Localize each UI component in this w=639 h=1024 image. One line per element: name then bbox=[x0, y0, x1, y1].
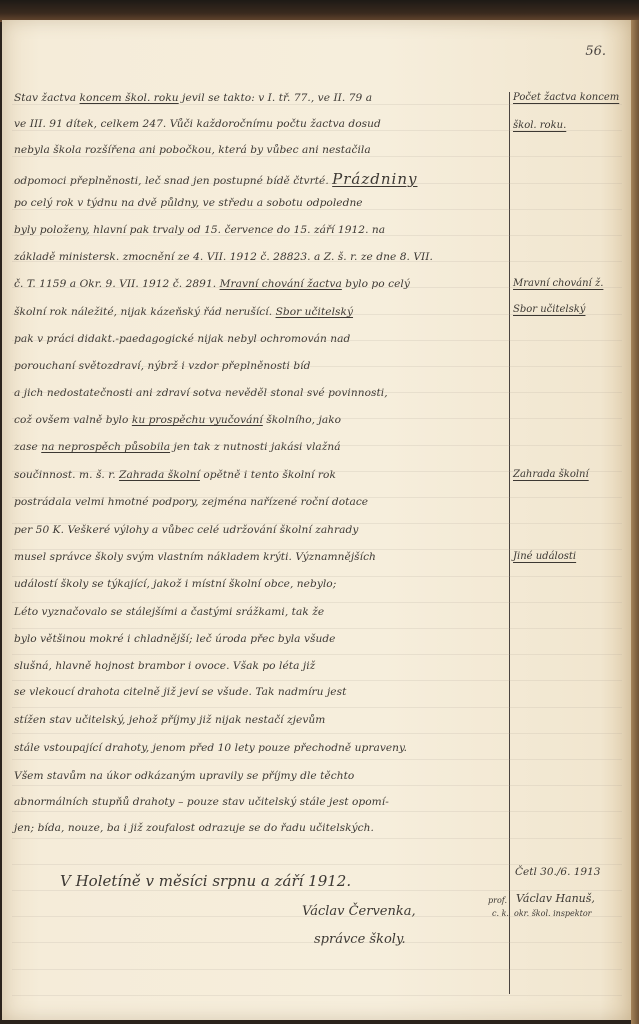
ruled-line bbox=[12, 890, 622, 891]
body-line: nebyla škola rozšířena ani pobočkou, kte… bbox=[14, 144, 371, 156]
ruled-line bbox=[12, 785, 622, 786]
body-text-segment: jen tak z nutnosti jakási vlažná bbox=[170, 441, 341, 453]
body-line: školní rok náležité, nijak kázeňský řád … bbox=[14, 306, 353, 318]
body-line: Stav žactva koncem škol. roku jevil se t… bbox=[14, 92, 372, 104]
ruled-line bbox=[12, 130, 622, 131]
body-text-segment: ve III. 91 dítek, celkem 247. Vůči každo… bbox=[14, 118, 381, 130]
ruled-line bbox=[12, 445, 622, 446]
body-text-segment: abnormálních stupňů drahoty – pouze stav… bbox=[14, 796, 389, 808]
inspection-read-note: Četl 30./6. 1913 bbox=[515, 866, 600, 878]
body-line: stále vstoupající drahoty, jenom před 10… bbox=[14, 742, 407, 754]
ruled-line bbox=[12, 340, 622, 341]
closing-place-date: V Holetíně v měsíci srpnu a září 1912. bbox=[60, 872, 351, 890]
body-text-segment: Léto vyznačovalo se stálejšími a častými… bbox=[14, 606, 324, 618]
body-line: slušná, hlavně hojnost brambor i ovoce. … bbox=[14, 660, 315, 672]
ruled-line bbox=[12, 995, 622, 996]
body-text-segment: nebyla škola rozšířena ani pobočkou, kte… bbox=[14, 144, 371, 156]
ruled-line bbox=[12, 916, 622, 917]
ruled-line bbox=[12, 576, 622, 577]
body-text-segment: Všem stavům na úkor odkázaným upravily s… bbox=[14, 770, 354, 782]
ruled-line bbox=[12, 864, 622, 865]
signature-title: správce školy. bbox=[314, 932, 406, 947]
body-text-segment: Stav žactva bbox=[14, 92, 80, 104]
body-line: stížen stav učitelský, jehož příjmy již … bbox=[14, 714, 325, 726]
body-text-segment: odpomoci přeplněnosti, leč snad jen post… bbox=[14, 175, 332, 187]
ruled-line bbox=[12, 314, 622, 315]
body-text-segment: jevil se takto: v I. tř. 77., ve II. 79 … bbox=[179, 92, 372, 104]
ruled-line bbox=[12, 183, 622, 184]
body-line: musel správce školy svým vlastním náklad… bbox=[14, 551, 376, 563]
body-text-segment: se vlekoucí drahota citelně již jeví se … bbox=[14, 686, 346, 698]
body-text-segment: bylo většinou mokré i chladnější; leč úr… bbox=[14, 633, 336, 645]
body-line: odpomoci přeplněnosti, leč snad jen post… bbox=[14, 170, 417, 188]
ruled-line bbox=[12, 811, 622, 812]
ruled-line bbox=[12, 366, 622, 367]
body-line: Všem stavům na úkor odkázaným upravily s… bbox=[14, 770, 354, 782]
inspector-name: Václav Hanuš, bbox=[516, 892, 595, 905]
body-text-segment: musel správce školy svým vlastním náklad… bbox=[14, 551, 376, 563]
ruled-line bbox=[12, 261, 622, 262]
body-line: per 50 K. Veškeré výlohy a vůbec celé ud… bbox=[14, 524, 358, 536]
ruled-line bbox=[12, 628, 622, 629]
underlined-heading: na neprospěch působila bbox=[41, 441, 170, 453]
body-line: což ovšem valně bylo ku prospěchu vyučov… bbox=[14, 414, 341, 426]
body-text-segment: stížen stav učitelský, jehož příjmy již … bbox=[14, 714, 325, 726]
ruled-line bbox=[12, 235, 622, 236]
ruled-line bbox=[12, 759, 622, 760]
body-text-segment: školní rok náležité, nijak kázeňský řád … bbox=[14, 306, 276, 318]
body-line: zase na neprospěch působila jen tak z nu… bbox=[14, 441, 341, 453]
ruled-line bbox=[12, 497, 622, 498]
body-text-segment: zase bbox=[14, 441, 41, 453]
body-line: bylo většinou mokré i chladnější; leč úr… bbox=[14, 633, 336, 645]
ruled-line bbox=[12, 209, 622, 210]
body-line: po celý rok v týdnu na dvě půldny, ve st… bbox=[14, 197, 363, 209]
ruled-line bbox=[12, 523, 622, 524]
ruled-line bbox=[12, 287, 622, 288]
ruled-line bbox=[12, 942, 622, 943]
underlined-heading: Sbor učitelský bbox=[276, 306, 353, 318]
ruled-line bbox=[12, 471, 622, 472]
ruled-line bbox=[12, 602, 622, 603]
page-stack-edge bbox=[631, 20, 639, 1024]
ruled-line bbox=[12, 969, 622, 970]
ruled-line bbox=[12, 392, 622, 393]
margin-note: Počet žactva koncem bbox=[513, 92, 619, 103]
inspector-prefix: prof. bbox=[488, 896, 507, 905]
body-line: ve III. 91 dítek, celkem 247. Vůči každo… bbox=[14, 118, 381, 130]
ruled-line bbox=[12, 838, 622, 839]
page-number: 56. bbox=[585, 44, 606, 59]
underlined-heading: Prázdniny bbox=[332, 170, 417, 188]
body-line: událostí školy se týkající, jakož i míst… bbox=[14, 578, 336, 590]
body-text-segment: stále vstoupající drahoty, jenom před 10… bbox=[14, 742, 407, 754]
body-text-segment: slušná, hlavně hojnost brambor i ovoce. … bbox=[14, 660, 315, 672]
body-line: Léto vyznačovalo se stálejšími a častými… bbox=[14, 606, 324, 618]
ruled-line bbox=[12, 733, 622, 734]
ruled-line bbox=[12, 549, 622, 550]
body-line: abnormálních stupňů drahoty – pouze stav… bbox=[14, 796, 389, 808]
ruled-line bbox=[12, 104, 622, 105]
ruled-line bbox=[12, 707, 622, 708]
margin-divider-line bbox=[509, 92, 510, 994]
manuscript-page: 56. Stav žactva koncem škol. roku jevil … bbox=[2, 20, 636, 1020]
ruled-line bbox=[12, 156, 622, 157]
body-text-segment: což ovšem valně bylo bbox=[14, 414, 132, 426]
body-text-segment: událostí školy se týkající, jakož i míst… bbox=[14, 578, 336, 590]
underlined-heading: ku prospěchu vyučování bbox=[132, 414, 263, 426]
book-binding-edge bbox=[0, 0, 639, 22]
body-text-segment: per 50 K. Veškeré výlohy a vůbec celé ud… bbox=[14, 524, 358, 536]
ruled-line bbox=[12, 418, 622, 419]
ruled-line bbox=[12, 654, 622, 655]
body-text-segment: jen; bída, nouze, ba i již zoufalost odr… bbox=[14, 822, 374, 834]
underlined-heading: koncem škol. roku bbox=[80, 92, 179, 104]
body-text-segment: po celý rok v týdnu na dvě půldny, ve st… bbox=[14, 197, 363, 209]
body-line: se vlekoucí drahota citelně již jeví se … bbox=[14, 686, 346, 698]
ruled-line bbox=[12, 680, 622, 681]
margin-note: Jiné události bbox=[513, 551, 576, 562]
body-line: jen; bída, nouze, ba i již zoufalost odr… bbox=[14, 822, 374, 834]
body-text-segment: školního, jako bbox=[263, 414, 341, 426]
